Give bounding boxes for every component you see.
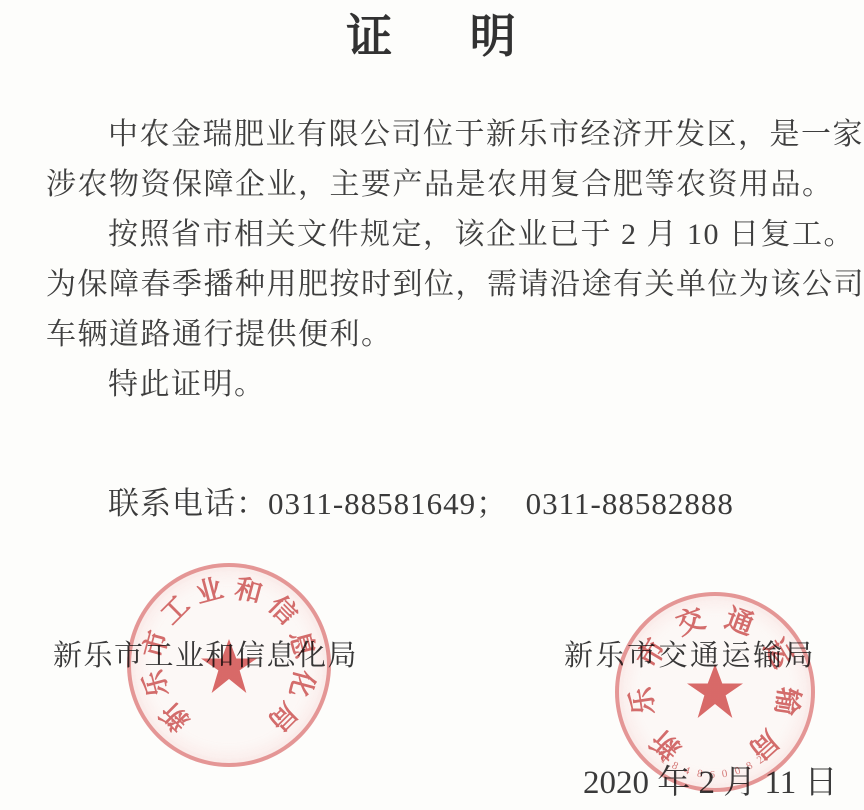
left-official-seal: 新乐市工业和信息化局 <box>127 563 331 767</box>
right-official-seal: 新乐市交通运输局184860082 <box>615 592 815 792</box>
document-title: 证 明 <box>0 0 864 66</box>
certificate-document: 证 明 中农金瑞肥业有限公司位于新乐市经济开发区，是一家涉农物资保障企业，主要产… <box>0 0 864 810</box>
contact-phone-line: 联系电话：0311-88581649； 0311-88582888 <box>108 478 734 523</box>
body-line: 中农金瑞肥业有限公司位于新乐市经济开发区，是一家 <box>46 110 821 160</box>
body-line: 特此证明。 <box>46 360 821 410</box>
seal-arc-char: 0 <box>721 769 728 781</box>
document-body: 中农金瑞肥业有限公司位于新乐市经济开发区，是一家涉农物资保障企业，主要产品是农用… <box>46 110 821 410</box>
body-line: 按照省市相关文件规定，该企业已于 2 月 10 日复工。 <box>46 210 821 260</box>
body-line: 为保障春季播种用肥按时到位，需请沿途有关单位为该公司 <box>46 260 821 310</box>
seal-arc-char: 乐 <box>628 685 660 717</box>
seal-arc-char: 输 <box>770 685 802 717</box>
body-line: 涉农物资保障企业，主要产品是农用复合肥等农资用品。 <box>46 160 821 210</box>
seal-arc-char: 6 <box>710 770 716 781</box>
body-line: 车辆道路通行提供便利。 <box>46 310 821 360</box>
seal-arc-char: 8 <box>696 769 703 781</box>
